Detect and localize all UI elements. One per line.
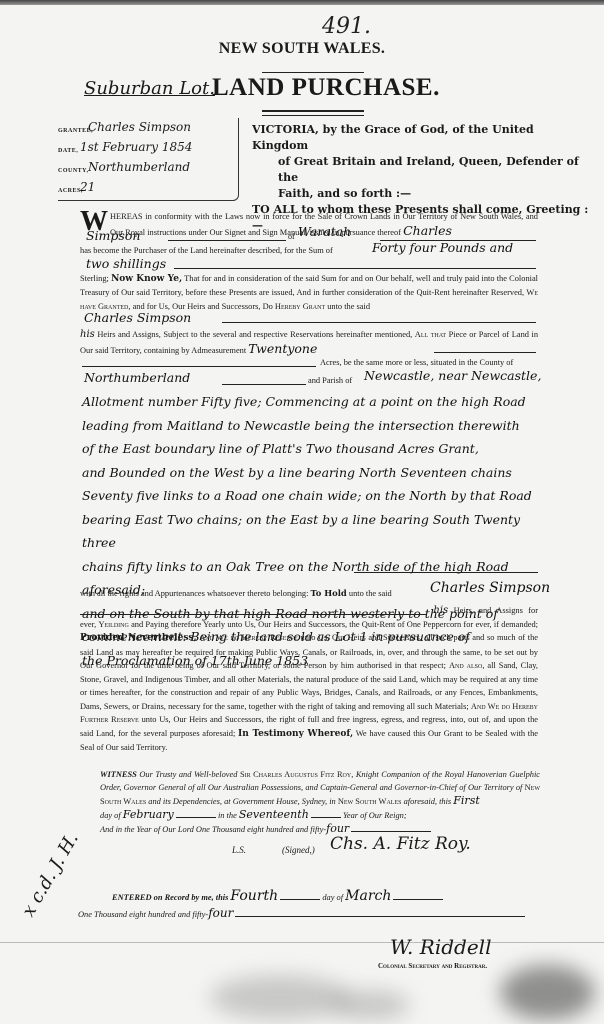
entered-text: ENTERED on Record by me, this bbox=[112, 893, 228, 902]
fill-line bbox=[354, 572, 538, 573]
royal-line-2: of Great Britain and Ireland, Queen, Def… bbox=[252, 154, 592, 186]
recital-text-2: has become the Purchaser of the Land her… bbox=[80, 246, 333, 255]
state-heading: NEW SOUTH WALES. bbox=[0, 40, 604, 58]
witness-lead: WITNESS bbox=[100, 770, 137, 779]
fill-line bbox=[168, 240, 286, 241]
of-label: of bbox=[288, 232, 295, 241]
text-hereby-reserve: And We do Hereby Reserve bbox=[199, 633, 298, 642]
territory-name: New South Wales bbox=[338, 797, 402, 806]
day-of-label: day of bbox=[322, 893, 343, 902]
entry-line-1: ENTERED on Record by me, this Fourth day… bbox=[112, 888, 443, 904]
description-line: Seventy five links to a Road one chain w… bbox=[82, 484, 552, 508]
description-line: and Bounded on the West by a line bearin… bbox=[82, 461, 552, 485]
county-value: Northumberland bbox=[88, 160, 190, 174]
fill-line bbox=[222, 322, 536, 323]
recital-paragraph-2: Sterling; Now Know Ye, That for and in c… bbox=[80, 272, 538, 314]
description-line: bearing East Two chains; on the East by … bbox=[82, 508, 552, 555]
purchaser-first-name: Charles bbox=[403, 223, 452, 238]
text-and-also: And also, bbox=[449, 661, 484, 670]
text-provided-nevertheless: Provided Nevertheless, bbox=[80, 633, 197, 643]
holder-name: Charles Simpson bbox=[430, 580, 550, 596]
date-label: DATE, bbox=[58, 148, 78, 154]
county-label: COUNTY, bbox=[58, 168, 88, 174]
date-value: 1st February 1854 bbox=[80, 140, 192, 154]
secretary-label: Colonial Secretary and Registrar. bbox=[378, 962, 487, 970]
scan-top-edge bbox=[0, 0, 604, 5]
text-sterling: Sterling; bbox=[80, 274, 109, 283]
purchaser-place: Waratah bbox=[298, 224, 351, 239]
entry-line-2: One Thousand eight hundred and fifty-fou… bbox=[78, 906, 525, 920]
acres-in-words: Twentyone bbox=[248, 341, 317, 356]
witness-text-1: Our Trusty and Well-beloved bbox=[139, 770, 237, 779]
witness-day: First bbox=[453, 794, 479, 807]
entry-month: March bbox=[345, 888, 391, 904]
witness-text-4: aforesaid, this bbox=[404, 797, 452, 806]
text-appurtenances: with all the rights and Appurtenances wh… bbox=[80, 589, 308, 598]
entry-day: Fourth bbox=[230, 888, 278, 904]
fill-line bbox=[174, 268, 536, 269]
day-of-label: day of bbox=[100, 811, 121, 820]
title-rule bbox=[262, 72, 364, 73]
text-to-hold: To Hold bbox=[310, 588, 346, 598]
lot-type: Suburban Lot. bbox=[84, 78, 215, 99]
scan-smudge bbox=[500, 965, 595, 1020]
acres-value: 21 bbox=[80, 180, 95, 194]
reign-text: Year of Our Reign; bbox=[343, 811, 407, 820]
secretary-signature: W. Riddell bbox=[390, 935, 491, 959]
scan-fold-line bbox=[0, 942, 604, 943]
recital-paragraph-3: his Heirs and Assigns, Subject to the se… bbox=[80, 328, 538, 358]
fill-line bbox=[434, 352, 536, 353]
fill-line bbox=[222, 384, 306, 385]
title-double-rule bbox=[262, 110, 364, 116]
text-unto-said: unto the said bbox=[327, 302, 370, 311]
parish-label: and Parish of bbox=[308, 376, 352, 385]
description-line: Allotment number Fifty five; Commencing … bbox=[82, 390, 552, 414]
purchase-sum-part2: two shillings bbox=[86, 256, 166, 271]
description-line: leading from Maitland to Newcastle being… bbox=[82, 414, 552, 438]
purchase-sum-part1: Forty four Pounds and bbox=[372, 240, 513, 255]
land-grant-document: 491. NEW SOUTH WALES. Suburban Lot. LAND… bbox=[0, 0, 604, 1024]
scan-smudge bbox=[210, 975, 350, 1020]
in-the-label: in the bbox=[218, 811, 237, 820]
grantee-name: Charles Simpson bbox=[84, 310, 191, 325]
his-handwritten: his bbox=[80, 329, 95, 340]
signed-label: (Signed,) bbox=[282, 845, 315, 855]
his-handwritten: his bbox=[433, 605, 448, 616]
county-name: Northumberland bbox=[84, 370, 190, 385]
text-acres-county: Acres, be the same more or less, situate… bbox=[320, 358, 513, 367]
document-title: LAND PURCHASE. bbox=[212, 74, 440, 102]
parish-name: Newcastle, near Newcastle, bbox=[364, 368, 541, 383]
text-yeilding: Yeilding bbox=[98, 620, 128, 629]
entry-year-text: One Thousand eight hundred and fifty- bbox=[78, 910, 208, 919]
habendum-paragraph: his Heirs, and Assigns for ever, Yeildin… bbox=[80, 604, 538, 755]
ls-seal-label: L.S. bbox=[232, 845, 246, 855]
royal-line-3: Faith, and so forth :— bbox=[252, 186, 592, 202]
governor-signature: Chs. A. Fitz Roy. bbox=[330, 834, 471, 854]
text-now-know-ye: Now Know Ye, bbox=[111, 274, 182, 284]
habendum-line-1: with all the rights and Appurtenances wh… bbox=[80, 588, 392, 598]
text-hereby-grant: Hereby Grant bbox=[275, 302, 325, 311]
witness-text-3: and its Dependencies, at Government Hous… bbox=[148, 797, 335, 806]
summary-box: GRANTEE, Charles Simpson DATE, 1st Febru… bbox=[58, 118, 239, 201]
folio-number: 491. bbox=[322, 14, 371, 39]
margin-annotation: x c.d. J. H. bbox=[18, 829, 83, 920]
governor-name: Sir Charles Augustus Fitz Roy, bbox=[240, 770, 353, 779]
text-quit-rent: and Paying therefore Yearly unto Us, Our… bbox=[131, 620, 538, 629]
reign-year: Seventeenth bbox=[239, 808, 309, 821]
royal-line-1: VICTORIA, by the Grace of God, of the Un… bbox=[252, 122, 592, 154]
witness-month: February bbox=[123, 808, 174, 821]
text-all-that: All that bbox=[415, 330, 446, 339]
scan-smudge bbox=[330, 990, 410, 1020]
description-line: of the East boundary line of Platt's Two… bbox=[82, 437, 552, 461]
entry-year-hand: four bbox=[208, 906, 233, 920]
text-unto-said: unto the said bbox=[349, 589, 392, 598]
fill-line bbox=[82, 366, 316, 367]
purchaser-last-name: Simpson bbox=[86, 228, 140, 243]
text-heirs-assigns: Heirs and Assigns, Subject to the severa… bbox=[97, 330, 412, 339]
grantee-value: Charles Simpson bbox=[88, 120, 191, 134]
text-in-testimony-whereof: In Testimony Whereof, bbox=[238, 729, 353, 739]
witness-year-text: And in the Year of Our Lord One Thousand… bbox=[100, 825, 326, 834]
witness-clause: WITNESS Our Trusty and Well-beloved Sir … bbox=[100, 768, 540, 836]
